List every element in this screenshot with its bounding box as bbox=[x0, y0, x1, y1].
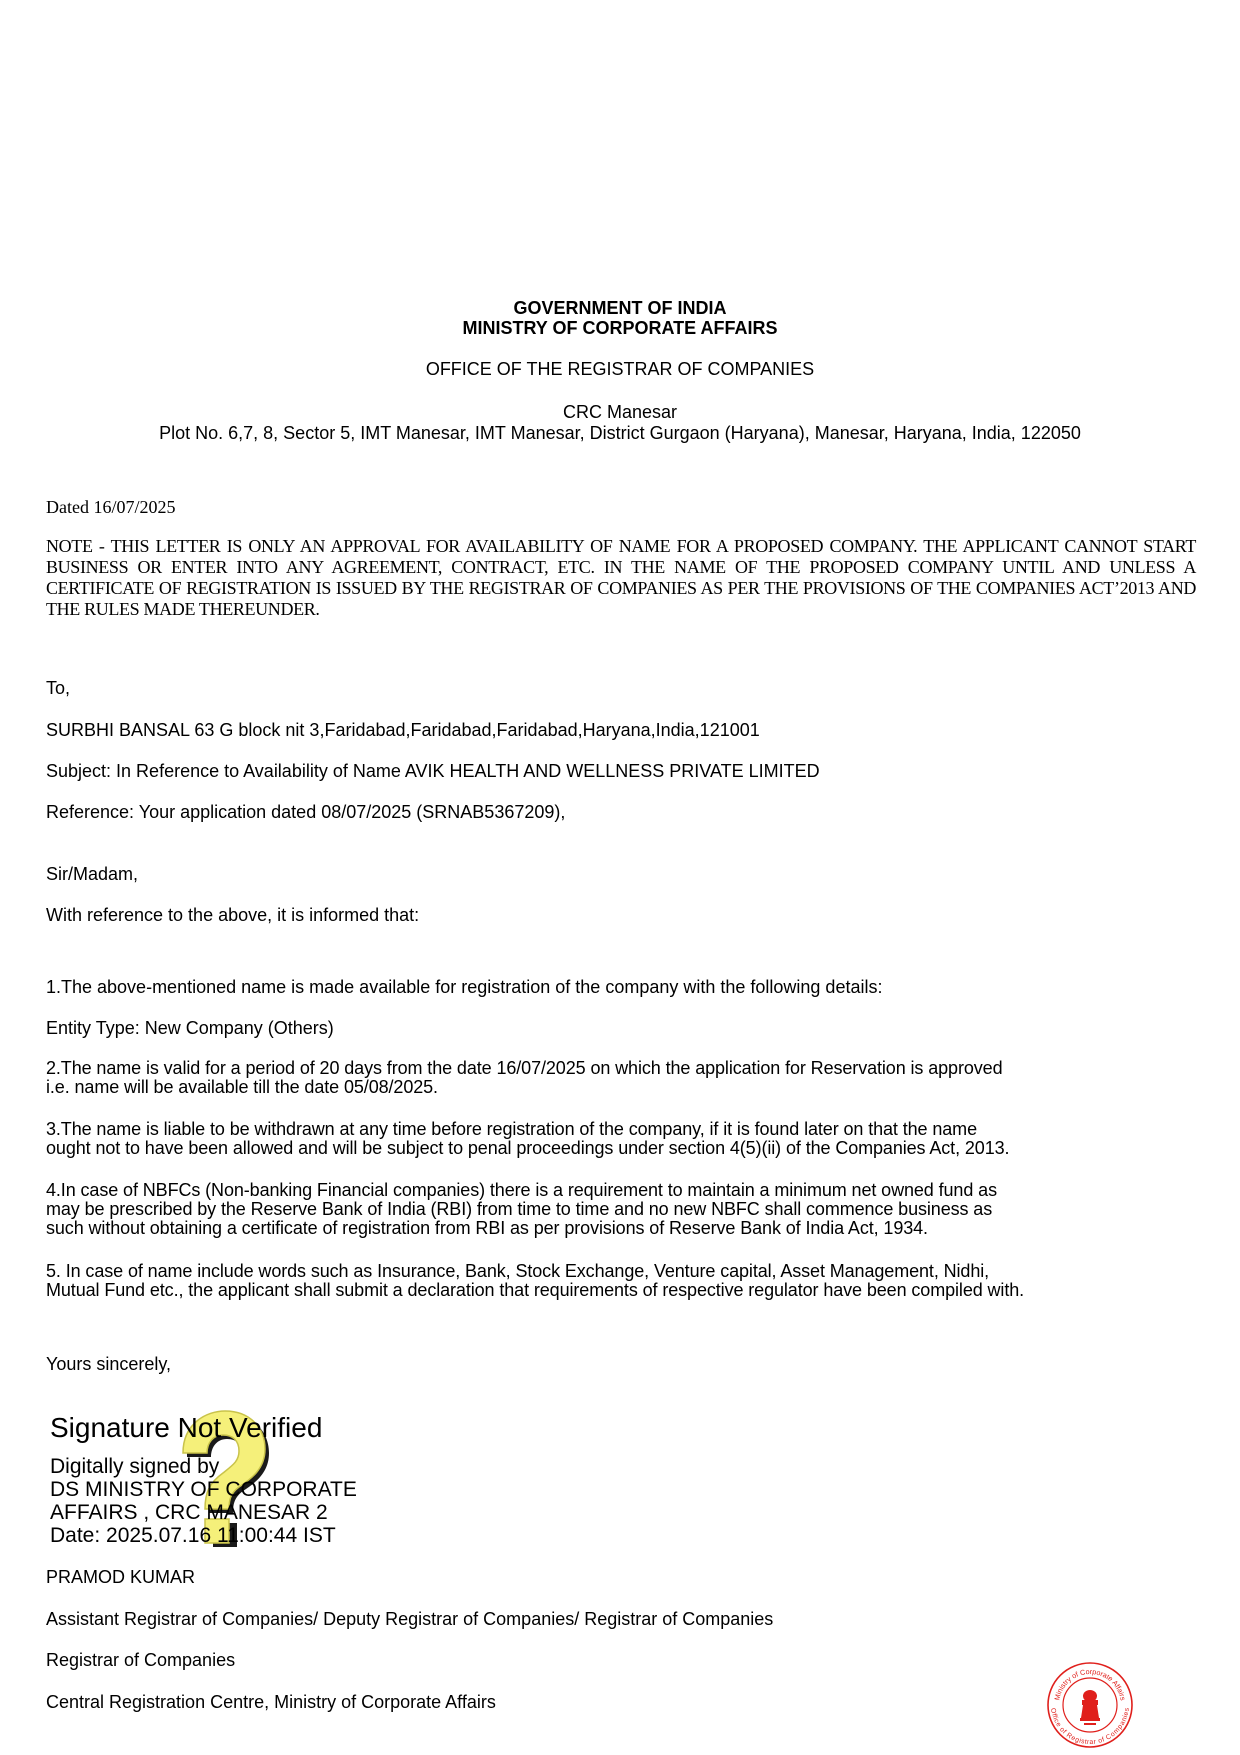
point-5: 5. In case of name include words such as… bbox=[46, 1262, 1024, 1300]
point-5-line: Mutual Fund etc., the applicant shall su… bbox=[46, 1281, 1024, 1300]
salutation: Sir/Madam, bbox=[46, 864, 138, 884]
approval-note: NOTE - THIS LETTER IS ONLY AN APPROVAL F… bbox=[46, 536, 1196, 620]
point-3: 3.The name is liable to be withdrawn at … bbox=[46, 1120, 1009, 1158]
recipient-address: SURBHI BANSAL 63 G block nit 3,Faridabad… bbox=[46, 720, 760, 740]
point-3-line: ought not to have been allowed and will … bbox=[46, 1139, 1009, 1158]
point-4-line: such without obtaining a certificate of … bbox=[46, 1219, 997, 1238]
header-centre: CRC Manesar bbox=[0, 402, 1240, 422]
closing: Yours sincerely, bbox=[46, 1354, 171, 1374]
signature-line: AFFAIRS , CRC MANESAR 2 bbox=[50, 1501, 357, 1524]
signatory-org: Central Registration Centre, Ministry of… bbox=[46, 1692, 496, 1712]
letter-date: Dated 16/07/2025 bbox=[46, 497, 175, 517]
signatory-name: PRAMOD KUMAR bbox=[46, 1567, 195, 1587]
signatory-office: Registrar of Companies bbox=[46, 1650, 235, 1670]
intro-line: With reference to the above, it is infor… bbox=[46, 905, 419, 925]
signature-line: Digitally signed by bbox=[50, 1455, 357, 1478]
point-2-line: i.e. name will be available till the dat… bbox=[46, 1078, 1002, 1097]
point-1: 1.The above-mentioned name is made avail… bbox=[46, 977, 882, 997]
header-address: Plot No. 6,7, 8, Sector 5, IMT Manesar, … bbox=[0, 423, 1240, 443]
point-2: 2.The name is valid for a period of 20 d… bbox=[46, 1059, 1002, 1097]
point-5-line: 5. In case of name include words such as… bbox=[46, 1262, 1024, 1281]
signature-line: Date: 2025.07.16 11:00:44 IST bbox=[50, 1524, 357, 1547]
point-4-line: may be prescribed by the Reserve Bank of… bbox=[46, 1200, 997, 1219]
signature-line: DS MINISTRY OF CORPORATE bbox=[50, 1478, 357, 1501]
point-4: 4.In case of NBFCs (Non-banking Financia… bbox=[46, 1181, 997, 1238]
header-government: GOVERNMENT OF INDIA bbox=[0, 298, 1240, 318]
entity-type: Entity Type: New Company (Others) bbox=[46, 1018, 334, 1038]
signature-detail: Digitally signed by DS MINISTRY OF CORPO… bbox=[50, 1455, 357, 1547]
signature-status[interactable]: Signature Not Verified bbox=[50, 1413, 322, 1443]
to-label: To, bbox=[46, 678, 70, 698]
ministry-seal-icon: Ministry of Corporate Affairs Office of … bbox=[1045, 1660, 1135, 1750]
subject-line: Subject: In Reference to Availability of… bbox=[46, 761, 820, 781]
header-office: OFFICE OF THE REGISTRAR OF COMPANIES bbox=[0, 359, 1240, 379]
point-3-line: 3.The name is liable to be withdrawn at … bbox=[46, 1120, 1009, 1139]
point-2-line: 2.The name is valid for a period of 20 d… bbox=[46, 1059, 1002, 1078]
header-ministry: MINISTRY OF CORPORATE AFFAIRS bbox=[0, 318, 1240, 338]
point-4-line: 4.In case of NBFCs (Non-banking Financia… bbox=[46, 1181, 997, 1200]
signatory-designation: Assistant Registrar of Companies/ Deputy… bbox=[46, 1609, 773, 1629]
reference-line: Reference: Your application dated 08/07/… bbox=[46, 802, 565, 822]
